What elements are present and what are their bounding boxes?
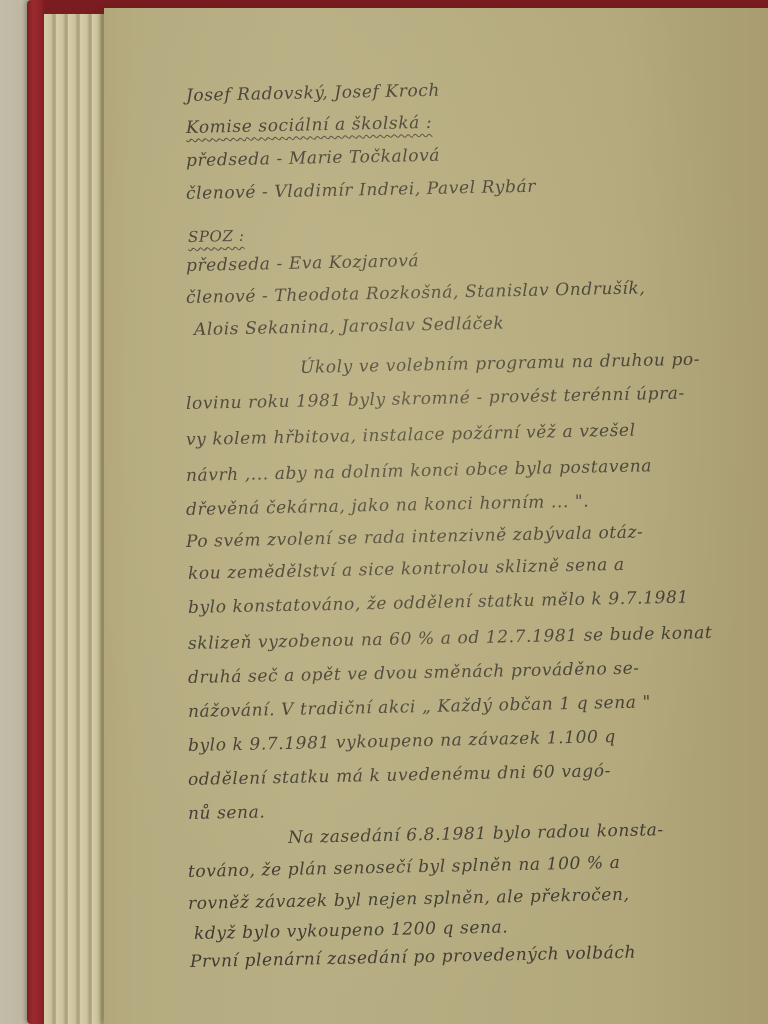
text-line: oddělení statku má k uvedenému dni 60 va… bbox=[188, 761, 611, 790]
text-line: kou zemědělství a sice kontrolou sklizně… bbox=[188, 555, 625, 584]
text-line: sklizeň vyzobenou na 60 % a od 12.7.1981… bbox=[188, 623, 713, 654]
page-edge bbox=[80, 14, 92, 1024]
text-line: předseda - Marie Točkalová bbox=[186, 146, 440, 171]
text-line: Alois Sekanina, Jaroslav Sedláček bbox=[194, 314, 505, 340]
text-line: druhá seč a opět ve dvou směnách provádě… bbox=[188, 659, 640, 688]
text-line: návrh ,... aby na dolním konci obce byla… bbox=[186, 456, 652, 486]
text-line: Josef Radovský, Josef Kroch bbox=[186, 81, 440, 106]
text-line: když bylo vykoupeno 1200 q sena. bbox=[194, 917, 509, 944]
text-line: členové - Theodota Rozkošná, Stanislav O… bbox=[186, 278, 646, 308]
text-line: nů sena. bbox=[188, 802, 266, 824]
page-edge bbox=[56, 14, 68, 1024]
section-heading: SPOZ : bbox=[188, 227, 245, 246]
text-line: nážování. V tradiční akci „ Každý občan … bbox=[188, 692, 651, 722]
text-line: Úkoly ve volebním programu na druhou po- bbox=[300, 350, 701, 378]
text-line: bylo konstatováno, že oddělení statku mě… bbox=[188, 588, 689, 618]
text-line: předseda - Eva Kozjarová bbox=[186, 251, 420, 276]
text-line: První plenární zasedání po provedených v… bbox=[190, 943, 637, 972]
page-edge bbox=[92, 14, 104, 1024]
text-line: vy kolem hřbitova, instalace požární věž… bbox=[186, 421, 636, 450]
text-line: dřevěná čekárna, jako na konci horním ..… bbox=[186, 492, 590, 520]
handwritten-page: Josef Radovský, Josef Kroch Komise sociá… bbox=[104, 8, 768, 1024]
text-line: Na zasedání 6.8.1981 bylo radou konsta- bbox=[288, 820, 664, 848]
text-line: bylo k 9.7.1981 vykoupeno na závazek 1.1… bbox=[188, 727, 616, 756]
text-line: členové - Vladimír Indrei, Pavel Rybár bbox=[186, 177, 536, 204]
section-heading: Komise sociální a školská : bbox=[186, 113, 433, 138]
page-edge bbox=[44, 14, 56, 1024]
text-line: rovněž závazek byl nejen splněn, ale pře… bbox=[188, 885, 630, 914]
text-line: lovinu roku 1981 byly skromné - provést … bbox=[186, 384, 685, 414]
text-line: továno, že plán senosečí byl splněn na 1… bbox=[188, 853, 621, 882]
text-line: Po svém zvolení se rada intenzivně zabýv… bbox=[186, 522, 644, 552]
page-edge bbox=[68, 14, 80, 1024]
